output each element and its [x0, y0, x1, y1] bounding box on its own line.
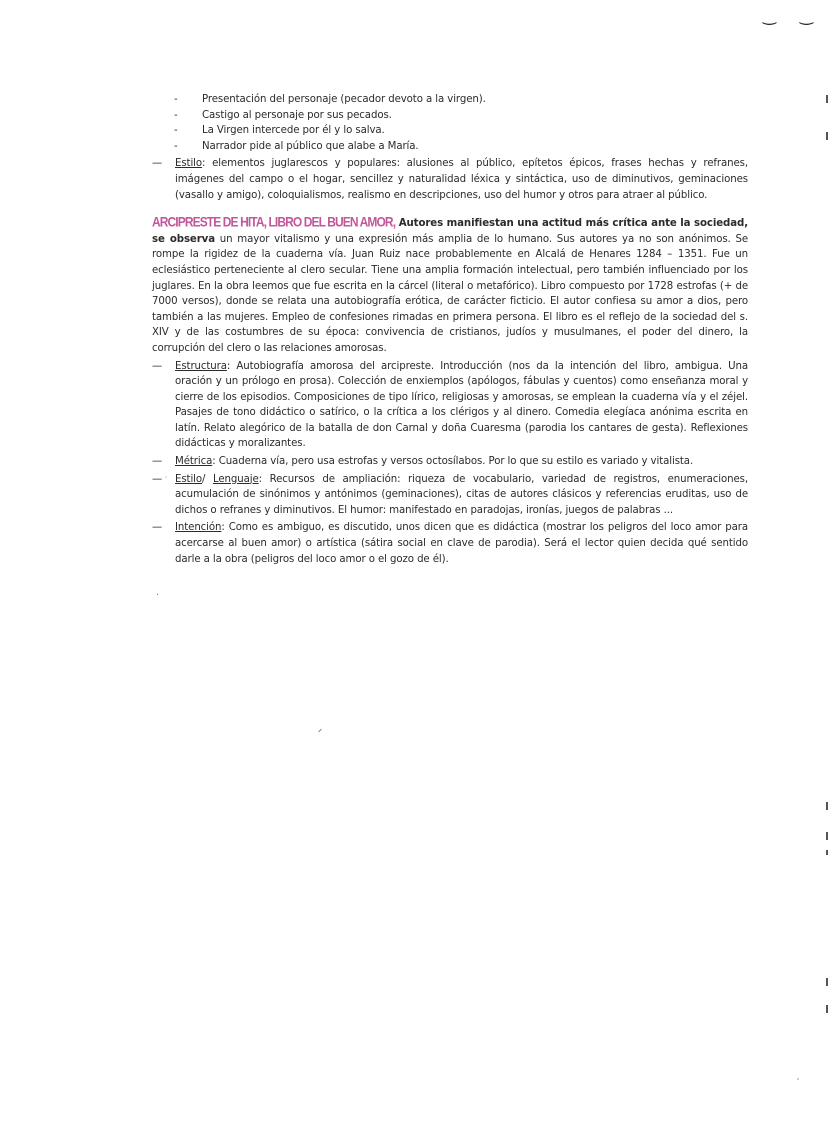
item-text: : Autobiografía amorosa del arcipreste. …	[175, 361, 748, 450]
metrica-item: — Métrica: Cuaderna vía, pero usa estrof…	[152, 454, 748, 470]
sub-list-item: -Castigo al personaje por sus pecados.	[174, 108, 748, 124]
item-text: : elementos juglarescos y populares: alu…	[175, 158, 748, 200]
sub-list-item: -Narrador pide al público que alabe a Ma…	[174, 139, 748, 155]
dash-bullet: —	[152, 359, 162, 375]
dash-bullet: -	[174, 139, 178, 155]
scan-mark: ‿	[763, 6, 776, 25]
dash-bullet: —	[152, 156, 162, 172]
item-label-secondary: Lenguaje	[213, 474, 259, 485]
estilo-berceo-item: — Estilo: elementos juglarescos y popula…	[152, 156, 748, 203]
dash-bullet: —	[152, 520, 162, 536]
item-text: : Cuaderna vía, pero usa estrofas y vers…	[212, 456, 693, 467]
document-body: -Presentación del personaje (pecador dev…	[152, 92, 748, 567]
dash-bullet: —	[152, 472, 162, 488]
label-separator: /	[202, 474, 213, 485]
dash-bullet: -	[174, 92, 178, 108]
item-label: Estilo	[175, 158, 202, 169]
scan-speck	[797, 1078, 799, 1080]
section-body: un mayor vitalismo y una expresión más a…	[152, 234, 748, 354]
dash-bullet: —	[152, 454, 162, 470]
estilo-lenguaje-item: — ' Estilo/ Lenguaje: Recursos de amplia…	[152, 472, 748, 519]
sub-item-text: La Virgen intercede por él y lo salva.	[202, 125, 385, 136]
item-text: : Como es ambiguo, es discutido, unos di…	[175, 522, 748, 564]
stray-dot: ·	[156, 590, 159, 601]
sub-item-text: Presentación del personaje (pecador devo…	[202, 94, 486, 105]
sub-item-text: Castigo al personaje por sus pecados.	[202, 110, 392, 121]
sub-list-item: -La Virgen intercede por él y lo salva.	[174, 123, 748, 139]
scan-speck	[318, 729, 322, 733]
item-label: Estilo	[175, 474, 202, 485]
section-heading: ARCIPRESTE DE HITA, LIBRO DEL BUEN AMOR,	[152, 214, 395, 232]
item-text: : Recursos de ampliación: riqueza de voc…	[175, 474, 748, 516]
intencion-item: — Intención: Como es ambiguo, es discuti…	[152, 520, 748, 567]
scan-mark: ‿	[800, 6, 813, 25]
item-label: Métrica	[175, 456, 212, 467]
document-page: ‿ ‿ -Presentación del personaje (pecador…	[0, 0, 828, 1138]
arcipreste-section: ARCIPRESTE DE HITA, LIBRO DEL BUEN AMOR,…	[152, 215, 748, 356]
item-label: Estructura	[175, 361, 227, 372]
dash-bullet: -	[174, 123, 178, 139]
sub-item-text: Narrador pide al público que alabe a Mar…	[202, 141, 419, 152]
estructura-item: — Estructura: Autobiografía amorosa del …	[152, 359, 748, 453]
item-label: Intención	[175, 522, 221, 533]
sub-list-item: -Presentación del personaje (pecador dev…	[174, 92, 748, 108]
berceo-sub-list: -Presentación del personaje (pecador dev…	[152, 92, 748, 154]
dash-bullet: -	[174, 108, 178, 124]
scan-tick-mark: '	[165, 472, 167, 488]
